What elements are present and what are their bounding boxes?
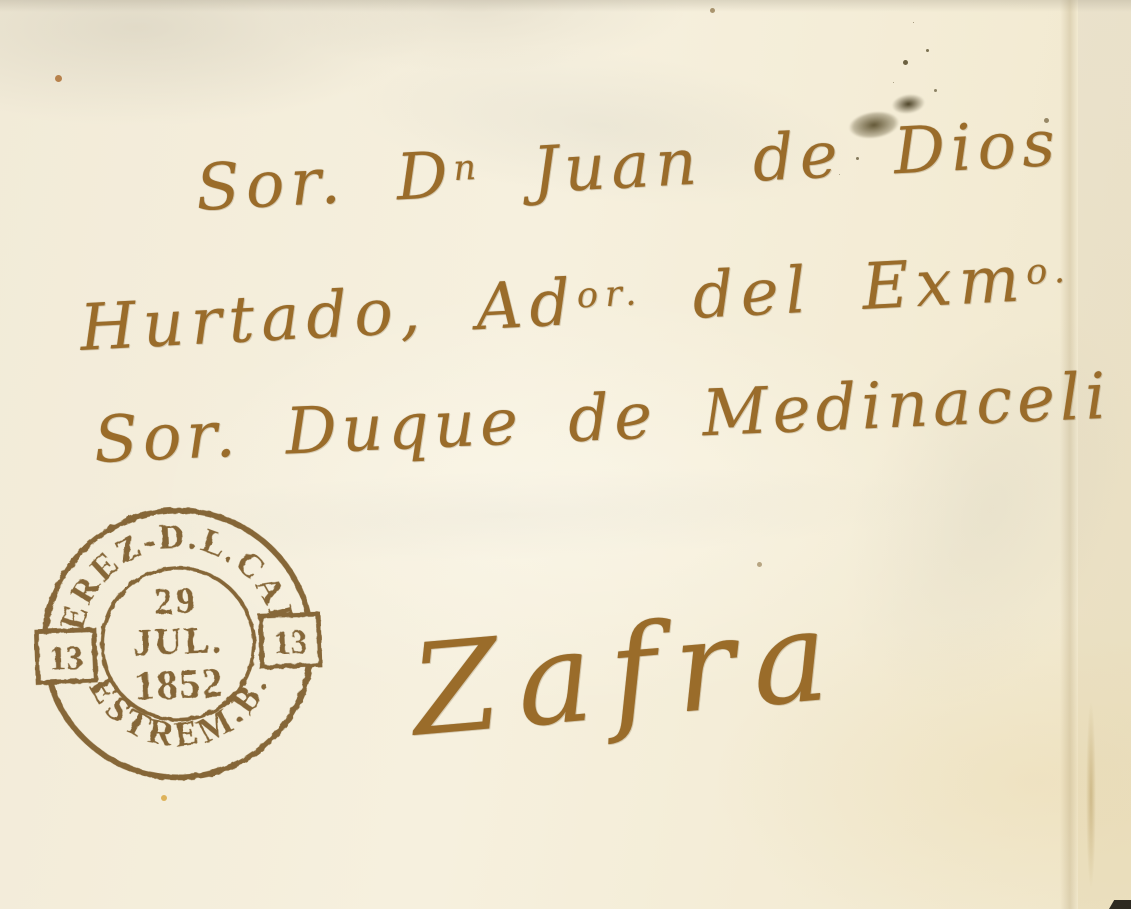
address-line2-superscript2: o. <box>1025 250 1073 293</box>
paper-speck <box>55 75 62 82</box>
postmark-stamp: JEREZ-D.L.CAB. ESTREM.B. 29 JUL. 1852 13… <box>29 489 327 799</box>
paper-speck <box>757 562 762 567</box>
ink-blot-spray <box>903 60 908 65</box>
destination-city: Zafra <box>406 580 852 764</box>
paper-right-crease <box>1086 700 1096 890</box>
postmark-right-number: 13 <box>273 624 308 662</box>
address-line1-superscript: n <box>452 147 483 189</box>
postmark-left-number: 13 <box>49 639 84 677</box>
paper-top-edge-shading <box>0 0 1131 12</box>
postmark-day: 29 <box>154 580 200 623</box>
address-line2-superscript: or. <box>576 272 644 316</box>
envelope-scan: Sor. Dn Juan de Dios Hurtado, Ador. del … <box>0 0 1131 909</box>
paper-speck <box>161 795 167 801</box>
paper-speck <box>710 8 715 13</box>
postmark-year: 1852 <box>134 659 226 708</box>
address-line2-text: Hurtado, Ad <box>78 266 579 366</box>
address-line1-text: Sor. D <box>194 139 455 226</box>
scan-corner-background <box>1109 900 1131 909</box>
postmark-month: JUL. <box>132 619 223 664</box>
